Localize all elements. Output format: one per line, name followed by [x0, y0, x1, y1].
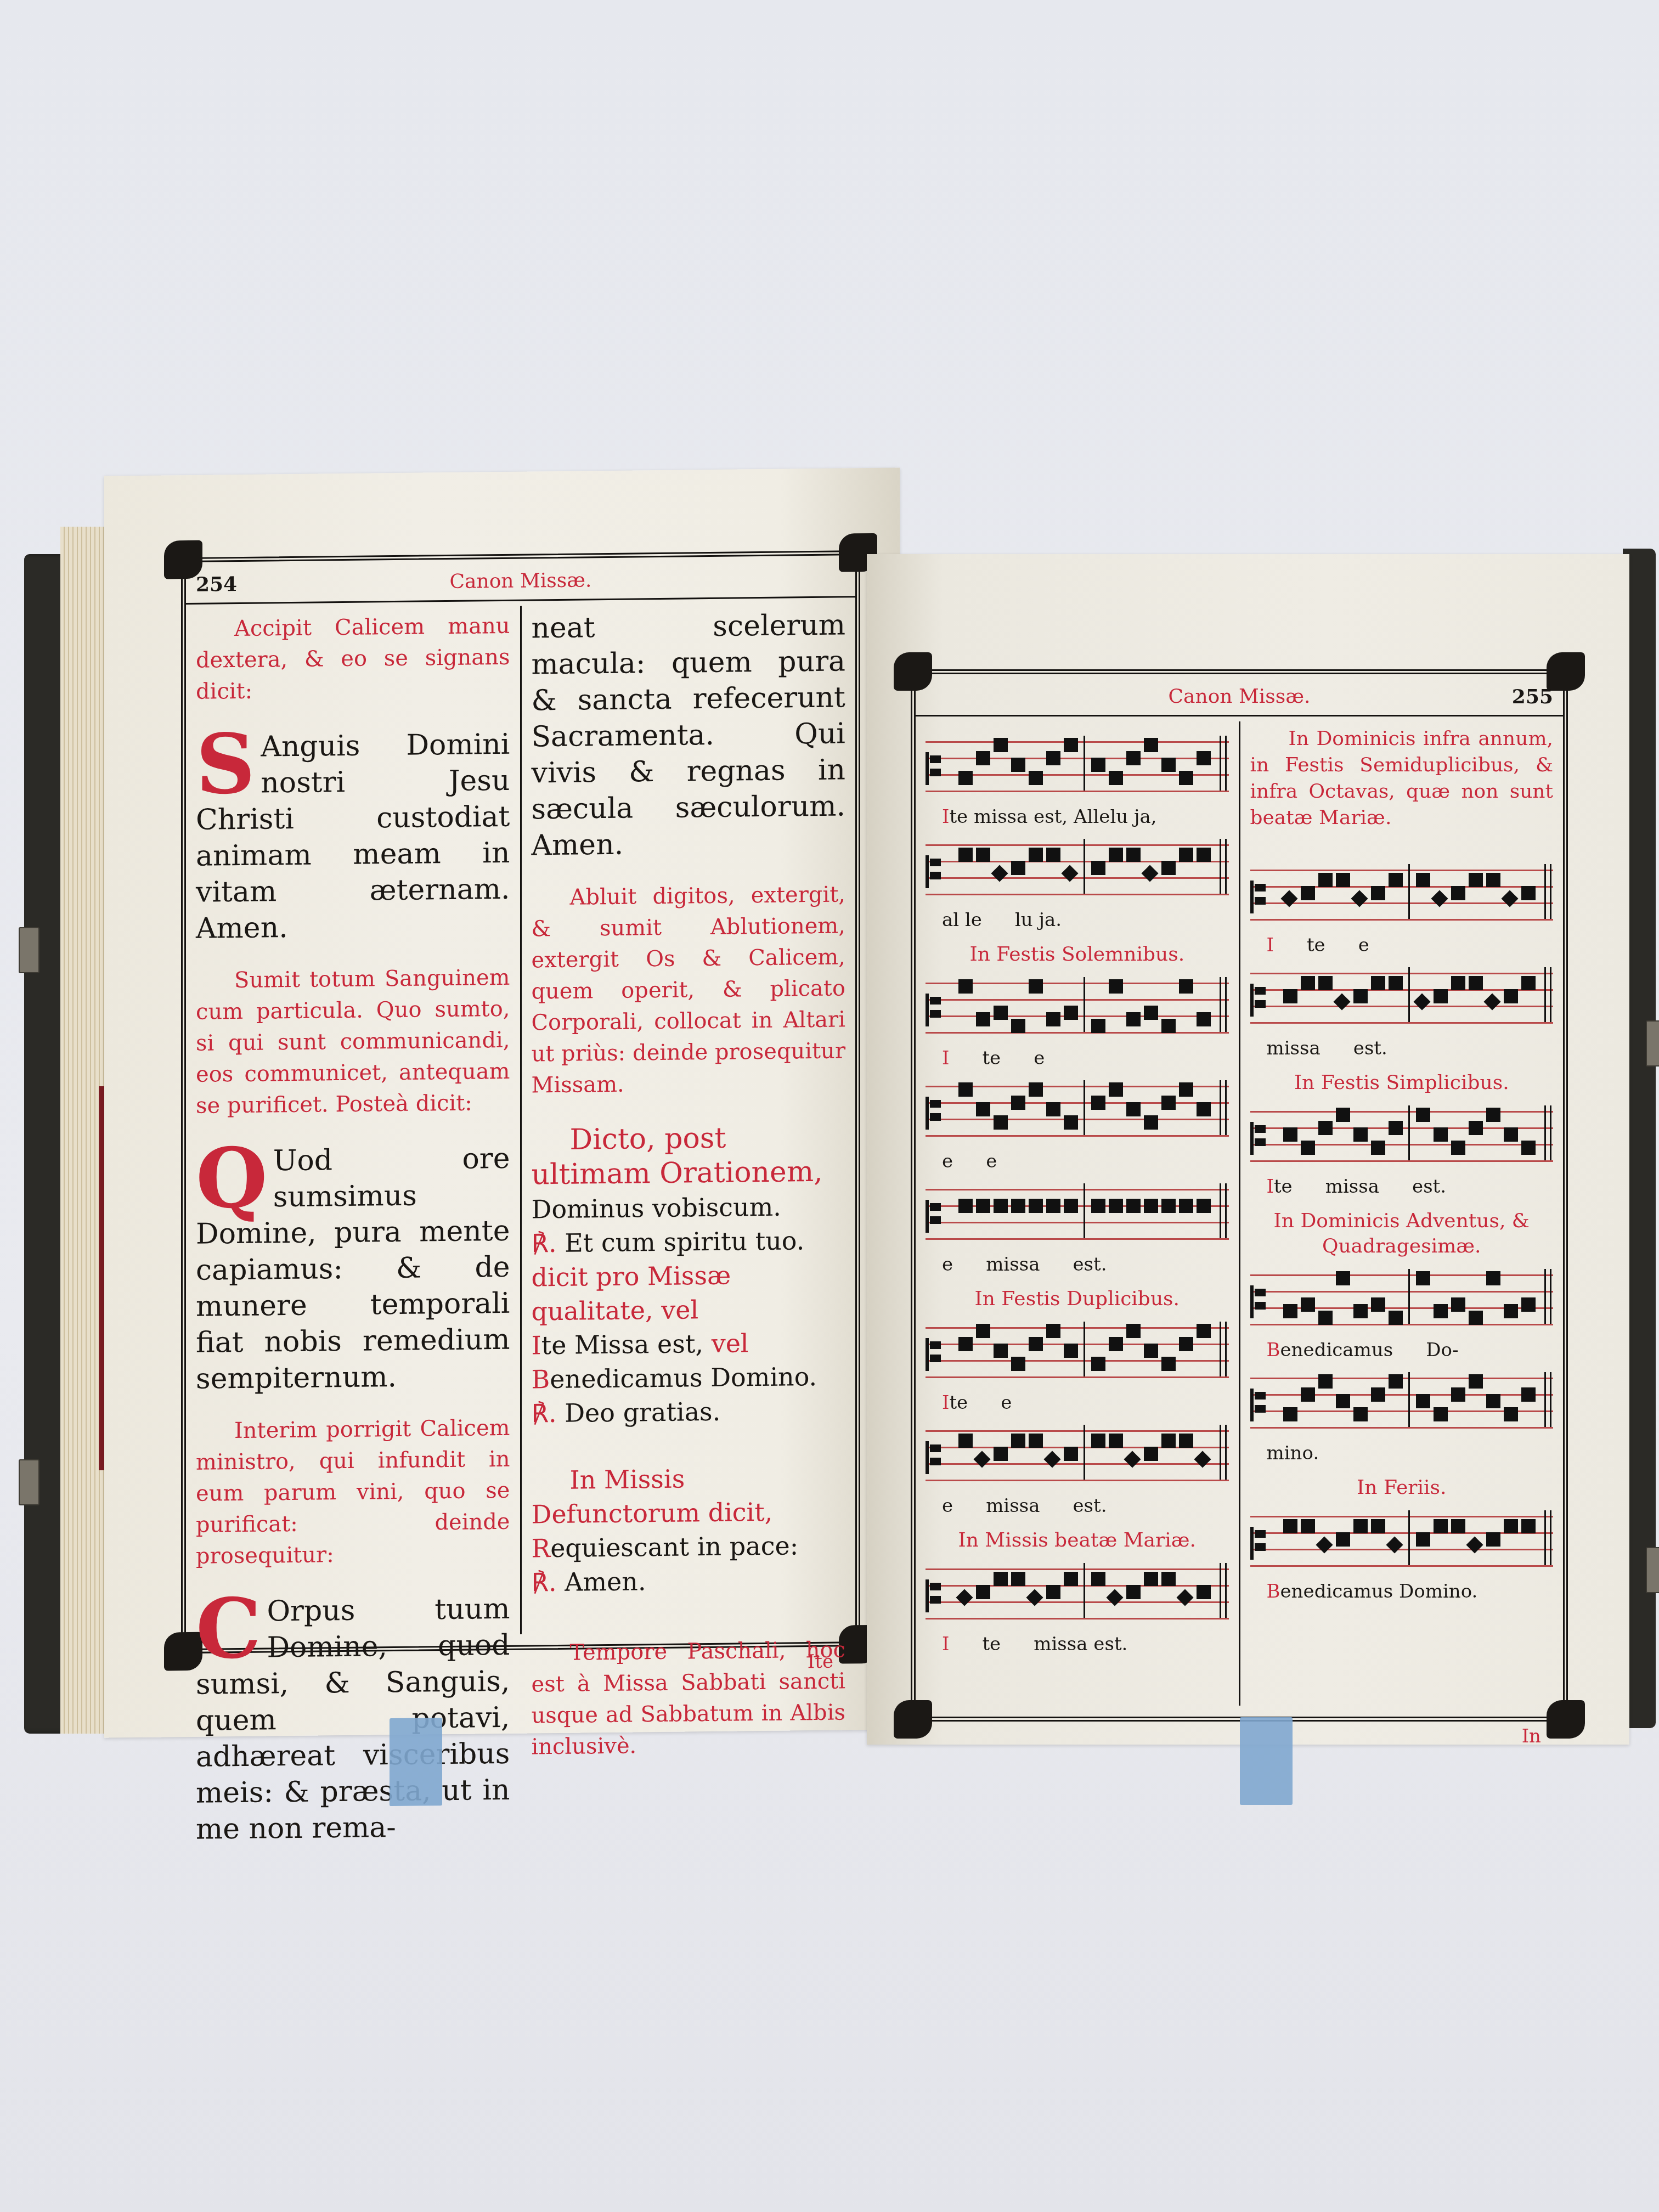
neume-icon — [1301, 1387, 1315, 1402]
chant-heading: In Festis Solemnibus. — [926, 942, 1229, 967]
neume-icon — [1413, 993, 1430, 1010]
clef-icon — [1250, 1122, 1266, 1155]
chant-lyrics: BenedicamusDo- — [1250, 1338, 1554, 1362]
staff-line — [926, 1135, 1229, 1137]
neume-icon — [976, 1012, 990, 1026]
neume-icon — [1161, 758, 1176, 772]
neume-icon — [1416, 1532, 1430, 1547]
neume-icon — [958, 1199, 973, 1213]
response: ℟. Amen. — [532, 1562, 846, 1599]
staff-line — [926, 1430, 1229, 1432]
neume-icon — [976, 1102, 990, 1116]
clef-icon — [1250, 984, 1266, 1017]
neume-icon — [1064, 1006, 1078, 1020]
neume-icon — [1091, 1019, 1105, 1033]
neume-icon — [1434, 1407, 1448, 1421]
neume-icon — [1469, 976, 1483, 990]
neume-icon — [1504, 989, 1518, 1003]
neume-icon — [1091, 1434, 1105, 1448]
bookmark-tab[interactable] — [1240, 1717, 1293, 1805]
neume-icon — [1521, 886, 1536, 900]
neume-icon — [1486, 1271, 1500, 1285]
lyric-syllable: missa — [1267, 1036, 1321, 1060]
chant-staff — [926, 1425, 1229, 1491]
neume-icon — [1389, 1311, 1403, 1325]
neume-icon — [1161, 1434, 1176, 1448]
lyric-syllable: Benedicamus Domino. — [1267, 1579, 1478, 1604]
chant-lyrics: missaest. — [1250, 1036, 1554, 1060]
neume-icon — [1416, 1271, 1430, 1285]
double-bar-line — [1220, 1322, 1221, 1376]
neume-icon — [1179, 1199, 1193, 1213]
open-book: 254 Canon Missæ. Accipit Calicem manu de… — [22, 472, 1657, 1778]
staff-line — [926, 1238, 1229, 1240]
neume-icon — [1521, 1387, 1536, 1402]
staff-line — [926, 1222, 1229, 1223]
running-head: 254 Canon Missæ. — [186, 563, 855, 605]
neume-icon — [1504, 1407, 1518, 1421]
neume-icon — [1316, 1536, 1333, 1553]
neume-icon — [1486, 1108, 1500, 1122]
neume-icon — [1179, 1082, 1193, 1097]
bar-line — [1408, 1269, 1410, 1324]
neume-icon — [1451, 976, 1465, 990]
response: ℟. Et cum spiritu tuo. — [532, 1223, 846, 1260]
initial: B — [532, 1364, 550, 1394]
clef-icon — [926, 855, 941, 888]
lyric-syllable: missa — [1325, 1175, 1379, 1199]
neume-icon — [1109, 771, 1123, 785]
neume-icon — [994, 1572, 1008, 1586]
staff-line — [1250, 1160, 1554, 1162]
staff-line — [926, 1189, 1229, 1190]
neume-icon — [1451, 1141, 1465, 1155]
neume-icon — [1144, 1447, 1158, 1461]
staff-line — [926, 894, 1229, 895]
lyric-syllable: missa — [986, 1252, 1040, 1277]
staff-line — [1250, 870, 1554, 871]
lyric-syllable: est. — [1073, 1252, 1107, 1277]
clasp-icon — [19, 1459, 39, 1505]
ite-text: te Missa est, — [541, 1329, 703, 1360]
prayer: SAnguis Domini nostri Jesu Christi custo… — [196, 726, 510, 947]
corner-ornament-icon — [1547, 1700, 1585, 1739]
neume-icon — [1283, 1407, 1297, 1421]
neume-icon — [1197, 1324, 1211, 1338]
neume-icon — [1043, 1451, 1060, 1468]
staff-line — [926, 844, 1229, 846]
neume-icon — [1176, 1589, 1193, 1606]
staff-line — [1250, 1565, 1554, 1567]
double-bar-line — [1220, 1080, 1221, 1135]
chant-staff — [1250, 1269, 1554, 1335]
double-bar-line — [1220, 736, 1221, 791]
neume-icon — [976, 848, 990, 862]
ite-line: Ite Missa est, vel — [532, 1325, 846, 1362]
neume-icon — [994, 1344, 1008, 1358]
neume-icon — [1091, 861, 1105, 875]
column-2: neat scelerum macula: quem pura & sancta… — [520, 602, 856, 1634]
lyric-syllable: mino. — [1267, 1441, 1319, 1465]
lyric-syllable: e — [986, 1149, 997, 1173]
neume-icon — [1333, 993, 1350, 1010]
neume-icon — [1011, 1096, 1025, 1110]
neume-icon — [1318, 976, 1333, 990]
neume-icon — [1011, 1434, 1025, 1448]
chant-lyrics: al lelu ja. — [926, 908, 1229, 932]
clef-icon — [926, 1338, 941, 1371]
ornamental-frame: 254 Canon Missæ. Accipit Calicem manu de… — [181, 550, 860, 1654]
lyric-syllable: I — [942, 1046, 949, 1070]
neume-icon — [1318, 873, 1333, 887]
lyric-syllable: est. — [1412, 1175, 1446, 1199]
neume-icon — [1283, 1127, 1297, 1142]
neume-icon — [1197, 1199, 1211, 1213]
benedicamus-text: enedicamus Domino. — [550, 1362, 817, 1394]
text-columns: Accipit Calicem manu dextera, & eo se si… — [186, 602, 855, 1638]
neume-icon — [958, 771, 973, 785]
staff-line — [1250, 1427, 1554, 1429]
running-title: Canon Missæ. — [186, 566, 855, 596]
lyric-syllable: e — [942, 1149, 953, 1173]
neume-icon — [1109, 1082, 1123, 1097]
clef-icon — [926, 1200, 941, 1233]
chant-staff — [926, 839, 1229, 905]
neume-icon — [1371, 1297, 1385, 1312]
neume-icon — [1353, 989, 1368, 1003]
chant-lyrics: Itee — [1250, 933, 1554, 957]
lyric-syllable: I — [1267, 933, 1274, 957]
staff-line — [926, 1463, 1229, 1465]
staff-line — [1250, 1291, 1554, 1293]
staff-line — [1250, 1022, 1554, 1024]
neume-icon — [1194, 1451, 1211, 1468]
running-title: Canon Missæ. — [916, 685, 1563, 708]
chant-lyrics: Ite missa est, Allelu ja, — [926, 805, 1229, 829]
neume-icon — [1046, 848, 1060, 862]
prayer: QUod ore sumsimus Domine, pura mente cap… — [196, 1141, 510, 1397]
neume-icon — [1469, 1121, 1483, 1135]
neume-icon — [1126, 1199, 1141, 1213]
rubric: Dicto, post ultimam Orationem, — [532, 1122, 823, 1192]
neume-icon — [1353, 1127, 1368, 1142]
staff-line — [926, 1480, 1229, 1481]
lyric-syllable: Ite — [942, 1391, 968, 1415]
neume-icon — [1521, 1519, 1536, 1533]
neume-icon — [1353, 1407, 1368, 1421]
neume-icon — [1126, 1102, 1141, 1116]
neume-icon — [1434, 989, 1448, 1003]
staff-line — [926, 1327, 1229, 1329]
neume-icon — [1371, 1387, 1385, 1402]
neume-icon — [1144, 1572, 1158, 1586]
staff-line — [926, 1102, 1229, 1104]
staff-line — [926, 758, 1229, 759]
neume-icon — [1197, 1585, 1211, 1599]
neume-icon — [1029, 1434, 1043, 1448]
staff-line — [1250, 1516, 1554, 1517]
neume-icon — [1283, 1304, 1297, 1318]
double-bar-line — [1544, 864, 1546, 919]
neume-icon — [1046, 1012, 1060, 1026]
left-page[interactable]: 254 Canon Missæ. Accipit Calicem manu de… — [104, 467, 900, 1737]
neume-icon — [1011, 1572, 1025, 1586]
lyric-syllable: missa est. — [1034, 1632, 1127, 1656]
neume-icon — [994, 738, 1008, 752]
staff-line — [1250, 1274, 1554, 1276]
neume-icon — [958, 1337, 973, 1351]
neume-icon — [1124, 1451, 1141, 1468]
neume-icon — [1144, 1344, 1158, 1358]
lyric-syllable: e — [1358, 933, 1369, 957]
chant-heading: In Festis Duplicibus. — [926, 1286, 1229, 1312]
neume-icon — [991, 865, 1008, 882]
neume-icon — [1371, 976, 1385, 990]
neume-icon — [1434, 1304, 1448, 1318]
chant-lyrics: Itemissa est. — [926, 1632, 1229, 1656]
neume-icon — [1161, 1096, 1176, 1110]
neume-icon — [1197, 751, 1211, 765]
neume-icon — [1109, 1199, 1123, 1213]
neume-icon — [1011, 1357, 1025, 1371]
neume-icon — [1504, 1304, 1518, 1318]
staff-line — [926, 791, 1229, 792]
neume-icon — [1126, 1012, 1141, 1026]
neume-icon — [1434, 1519, 1448, 1533]
neume-icon — [1301, 976, 1315, 990]
staff-line — [926, 1376, 1229, 1378]
neume-icon — [1197, 1102, 1211, 1116]
chant-staff — [926, 977, 1229, 1043]
bookmark-tab[interactable] — [390, 1718, 442, 1806]
clef-icon — [926, 1441, 941, 1474]
neume-icon — [1029, 848, 1043, 862]
neume-icon — [1011, 1019, 1025, 1033]
neume-icon — [1161, 1019, 1176, 1033]
neume-icon — [1301, 886, 1315, 900]
neume-icon — [1064, 1344, 1078, 1358]
clasp-icon — [19, 927, 39, 973]
neume-icon — [976, 751, 990, 765]
neume-icon — [1109, 979, 1123, 994]
prayer-continued: neat scelerum macula: quem pura & sancta… — [532, 607, 846, 864]
neume-icon — [1109, 848, 1123, 862]
chant-heading: In Missis beatæ Mariæ. — [926, 1528, 1229, 1553]
neume-icon — [1486, 1532, 1500, 1547]
rubric: Abluit digitos, extergit, & sumit Abluti… — [532, 879, 846, 1101]
neume-icon — [1371, 886, 1385, 900]
staff-line — [1250, 1111, 1554, 1113]
bar-line — [1084, 839, 1085, 894]
chant-lyrics: Benedicamus Domino. — [1250, 1579, 1554, 1604]
neume-icon — [1029, 1082, 1043, 1097]
neume-icon — [1521, 1297, 1536, 1312]
rubric: Accipit Calicem manu dextera, & eo se si… — [196, 611, 510, 708]
neume-icon — [1064, 1199, 1078, 1213]
lyric-syllable: est. — [1353, 1036, 1387, 1060]
response-text: Amen. — [565, 1566, 646, 1597]
staff-line — [1250, 1144, 1554, 1145]
neume-icon — [1179, 771, 1193, 785]
neume-icon — [958, 1082, 973, 1097]
neume-icon — [994, 1199, 1008, 1213]
neume-icon — [1451, 1519, 1465, 1533]
clef-icon — [1250, 881, 1266, 913]
clasp-icon — [1646, 1547, 1659, 1593]
neume-icon — [1161, 1572, 1176, 1586]
neume-icon — [1109, 1434, 1123, 1448]
lyric-syllable: te — [982, 1046, 1001, 1070]
bar-line — [1084, 1080, 1085, 1135]
neume-icon — [1161, 861, 1176, 875]
clef-icon — [926, 994, 941, 1026]
neume-icon — [1389, 976, 1403, 990]
neume-icon — [1431, 890, 1448, 907]
chant-staff — [1250, 1372, 1554, 1438]
neume-icon — [1161, 1199, 1176, 1213]
lyric-syllable: te — [1307, 933, 1325, 957]
bar-line — [1084, 1183, 1085, 1238]
neume-icon — [1179, 1337, 1193, 1351]
neume-icon — [1029, 1337, 1043, 1351]
chant-lyrics: Itee — [926, 1391, 1229, 1415]
lyric-syllable: e — [942, 1494, 953, 1518]
neume-icon — [1318, 1121, 1333, 1135]
chant-staff — [926, 1563, 1229, 1629]
rubric: vel — [712, 1328, 749, 1358]
lyric-syllable: Benedicamus — [1267, 1338, 1393, 1362]
benedicamus-line: Benedicamus Domino. — [532, 1359, 846, 1396]
neume-icon — [1336, 1271, 1350, 1285]
neume-icon — [1389, 1374, 1403, 1389]
chant-heading: In Feriis. — [1250, 1475, 1554, 1500]
chant-staff — [1250, 864, 1554, 930]
lyric-syllable: e — [1034, 1046, 1045, 1070]
staff-line — [1250, 973, 1554, 974]
staff-line — [1250, 1549, 1554, 1550]
neume-icon — [1336, 1108, 1350, 1122]
neume-icon — [1336, 873, 1350, 887]
double-bar-line — [1220, 839, 1221, 894]
neume-icon — [1280, 890, 1297, 907]
clef-icon — [926, 1097, 941, 1130]
lyric-syllable: est. — [1073, 1494, 1107, 1518]
response-text: Et cum spiritu tuo. — [565, 1226, 804, 1258]
neume-icon — [1469, 1374, 1483, 1389]
staff-line — [926, 877, 1229, 879]
neume-icon — [1091, 758, 1105, 772]
double-bar-line — [1544, 1105, 1546, 1160]
double-bar-line — [1220, 977, 1221, 1032]
neume-icon — [1046, 1199, 1060, 1213]
right-page[interactable]: Canon Missæ. 255 Ite missa est, Allelu j… — [867, 554, 1629, 1745]
response-symbol-icon: ℟. — [532, 1398, 557, 1428]
drop-cap: Q — [196, 1145, 268, 1211]
neume-icon — [1351, 890, 1368, 907]
lyric-syllable: Do- — [1426, 1338, 1458, 1362]
neume-icon — [1521, 1141, 1536, 1155]
neume-icon — [1318, 1311, 1333, 1325]
neume-icon — [1197, 1012, 1211, 1026]
neume-icon — [1144, 738, 1158, 752]
lyric-syllable: Ite missa est, Allelu ja, — [942, 805, 1157, 829]
versicle: Dominus vobiscum. — [532, 1192, 781, 1224]
neume-icon — [1336, 1394, 1350, 1408]
chant-staff — [926, 1322, 1229, 1387]
chant-lyrics: Itemissaest. — [1250, 1175, 1554, 1199]
neume-icon — [1011, 1199, 1025, 1213]
neume-icon — [1389, 1121, 1403, 1135]
neume-icon — [1197, 848, 1211, 862]
initial: I — [532, 1330, 541, 1360]
neume-icon — [1486, 873, 1500, 887]
neume-icon — [1144, 1115, 1158, 1130]
neume-icon — [1389, 873, 1403, 887]
rubric: Sumit totum Sanguinem cum particula. Quo… — [196, 962, 510, 1122]
neume-icon — [1301, 1141, 1315, 1155]
neume-icon — [994, 1115, 1008, 1130]
neume-icon — [1109, 1337, 1123, 1351]
chant-lyrics: Itee — [926, 1046, 1229, 1070]
chant-lyrics: emissaest. — [926, 1494, 1229, 1518]
response-symbol-icon: ℟. — [532, 1228, 557, 1258]
neume-icon — [1434, 1127, 1448, 1142]
neume-icon — [976, 1199, 990, 1213]
lyric-syllable: te — [982, 1632, 1001, 1656]
neume-icon — [976, 1324, 990, 1338]
neume-icon — [1046, 1324, 1060, 1338]
chant-staff — [926, 1080, 1229, 1146]
bar-line — [1084, 977, 1085, 1032]
neume-icon — [1064, 1572, 1078, 1586]
neume-icon — [958, 979, 973, 994]
chant-staff — [926, 1183, 1229, 1249]
requiem-line: In Missis Defunctorum dicit, Requiescant… — [532, 1460, 846, 1565]
neume-icon — [1371, 1141, 1385, 1155]
clef-icon — [1250, 1527, 1266, 1560]
neume-icon — [1371, 1519, 1385, 1533]
bar-line — [1084, 1563, 1085, 1618]
neume-icon — [1046, 751, 1060, 765]
staff-line — [926, 1360, 1229, 1362]
neume-icon — [958, 848, 973, 862]
neume-icon — [1416, 1108, 1430, 1122]
bar-line — [1408, 967, 1410, 1022]
neume-icon — [1504, 1127, 1518, 1142]
double-bar-line — [1544, 1372, 1546, 1427]
neume-icon — [1064, 738, 1078, 752]
neume-icon — [1386, 1536, 1403, 1553]
neume-icon — [1451, 1387, 1465, 1402]
neume-icon — [1451, 1297, 1465, 1312]
chant-lyrics: ee — [926, 1149, 1229, 1173]
chant-staff — [1250, 1105, 1554, 1171]
page-number: 255 — [1512, 685, 1553, 708]
neume-icon — [1046, 1585, 1060, 1599]
rubric: In Missis Defunctorum dicit, — [532, 1464, 773, 1530]
initial: R — [532, 1533, 551, 1563]
lyric-syllable: lu ja. — [1015, 908, 1062, 932]
bar-line — [1408, 1105, 1410, 1160]
clef-icon — [926, 1579, 941, 1612]
neume-icon — [1283, 1519, 1297, 1533]
neume-icon — [1318, 1374, 1333, 1389]
bar-line — [1084, 1322, 1085, 1376]
neume-icon — [1451, 886, 1465, 900]
neume-icon — [1416, 873, 1430, 887]
neume-icon — [1179, 979, 1193, 994]
neume-icon — [1179, 1434, 1193, 1448]
